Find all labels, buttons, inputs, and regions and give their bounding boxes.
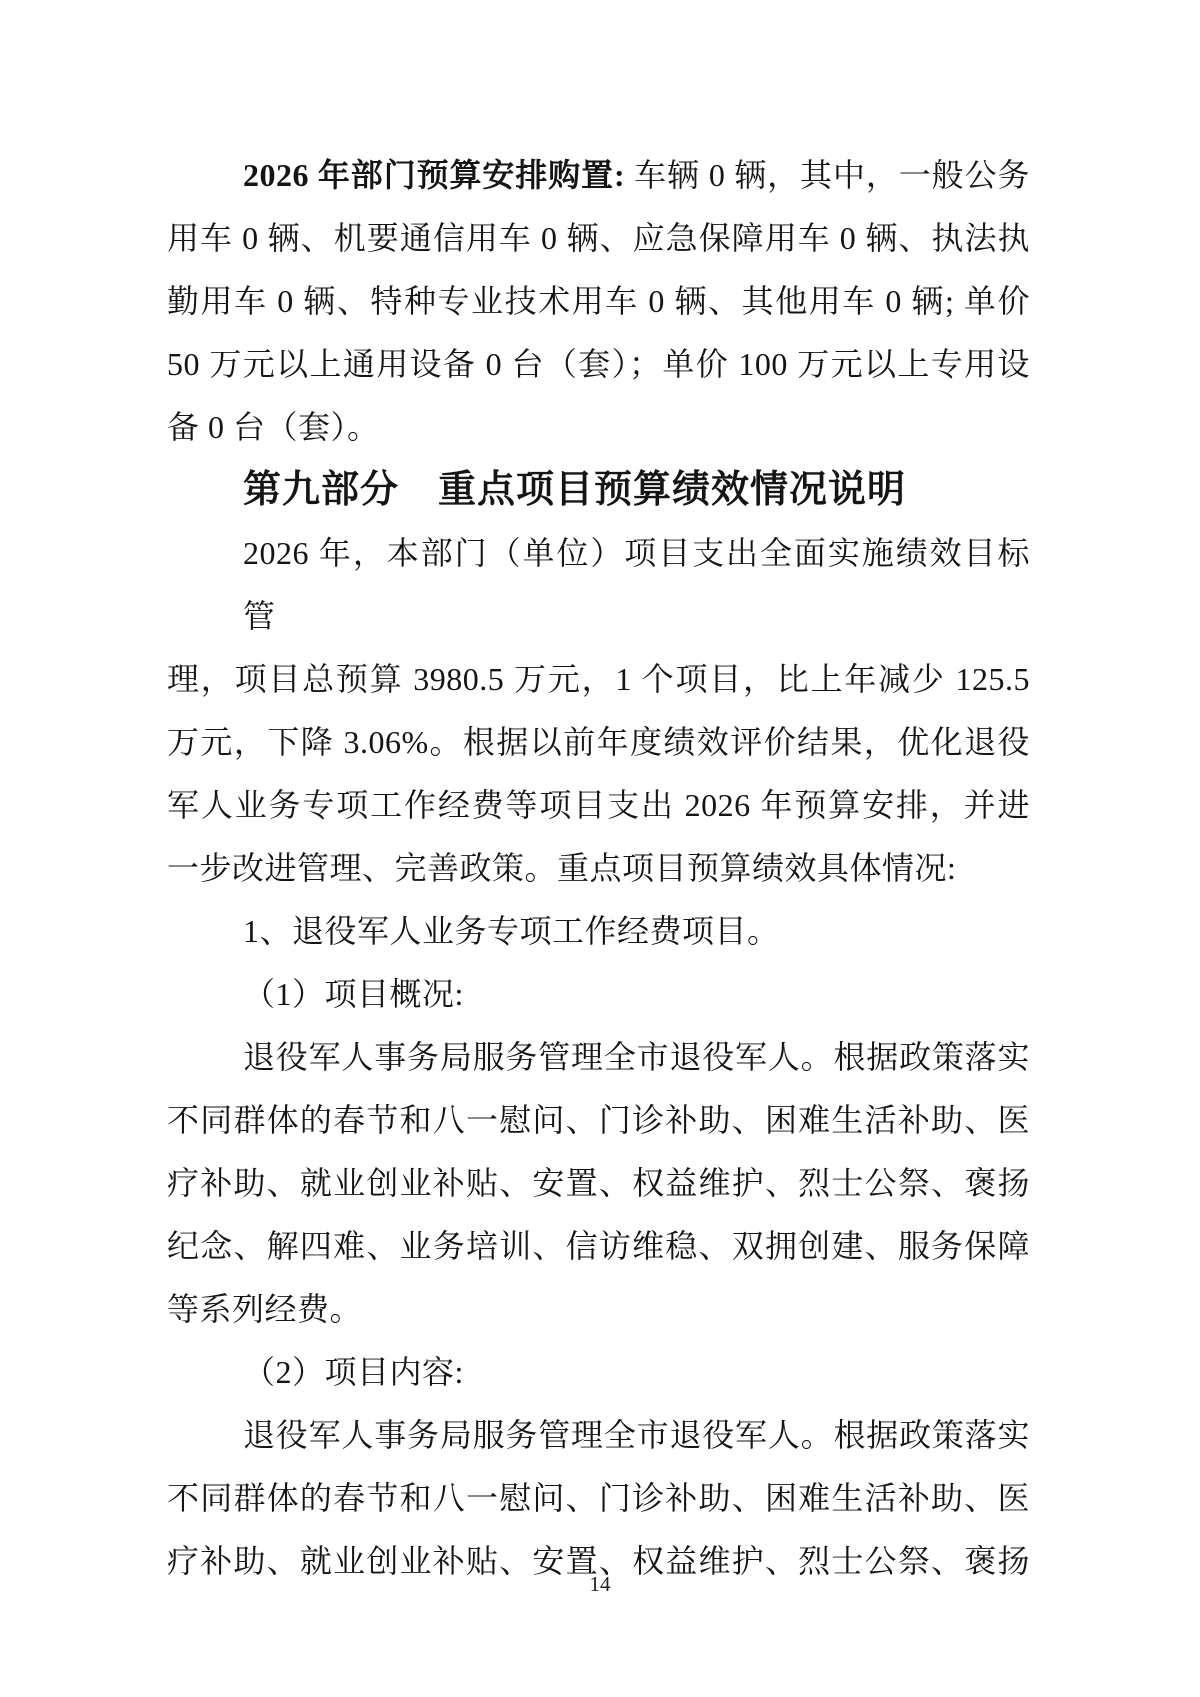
text-run: 退役军人事务局服务管理全市退役军人。根据政策落实 <box>243 1417 1030 1453</box>
text-line: 军人业务专项工作经费等项目支出 2026 年预算安排，并进 <box>167 774 1030 837</box>
text-line: 退役军人事务局服务管理全市退役军人。根据政策落实 <box>167 1026 1030 1089</box>
text-line: 等系列经费。 <box>167 1278 1030 1341</box>
text-run: （2）项目内容: <box>243 1354 464 1390</box>
text-line: 勤用车 0 辆、特种专业技术用车 0 辆、其他用车 0 辆; 单价 <box>167 270 1030 333</box>
text-run: 用车 0 辆、机要通信用车 0 辆、应急保障用车 0 辆、执法执 <box>167 220 1030 256</box>
text-line: 2026 年，本部门（单位）项目支出全面实施绩效目标管 <box>167 522 1030 648</box>
text-line: 不同群体的春节和八一慰问、门诊补助、困难生活补助、医 <box>167 1467 1030 1530</box>
page-number: 14 <box>0 1572 1200 1597</box>
paragraph: （2）项目内容: <box>167 1341 1030 1404</box>
text-run: 50 万元以上通用设备 0 台（套）；单价 100 万元以上专用设 <box>167 346 1030 382</box>
text-line: 50 万元以上通用设备 0 台（套）；单价 100 万元以上专用设 <box>167 333 1030 396</box>
paragraph: 2026 年，本部门（单位）项目支出全面实施绩效目标管理，项目总预算 3980.… <box>167 522 1030 900</box>
section-heading: 第九部分 重点项目预算绩效情况说明 <box>167 459 1030 522</box>
text-line: 用车 0 辆、机要通信用车 0 辆、应急保障用车 0 辆、执法执 <box>167 207 1030 270</box>
text-run: 车辆 0 辆，其中，一般公务 <box>625 157 1030 193</box>
text-run: 万元，下降 3.06%。根据以前年度绩效评价结果，优化退役 <box>167 724 1030 760</box>
text-run: 不同群体的春节和八一慰问、门诊补助、困难生活补助、医 <box>167 1102 1030 1138</box>
text-line: 不同群体的春节和八一慰问、门诊补助、困难生活补助、医 <box>167 1089 1030 1152</box>
text-line: 疗补助、就业创业补贴、安置、权益维护、烈士公祭、褒扬 <box>167 1152 1030 1215</box>
text-line: 纪念、解四难、业务培训、信访维稳、双拥创建、服务保障 <box>167 1215 1030 1278</box>
text-line: 退役军人事务局服务管理全市退役军人。根据政策落实 <box>167 1404 1030 1467</box>
text-run: 2026 年部门预算安排购置: <box>243 157 625 193</box>
text-run: 理，项目总预算 3980.5 万元，1 个项目，比上年减少 125.5 <box>167 661 1030 697</box>
text-run: 等系列经费。 <box>167 1291 362 1327</box>
text-line: （1）项目概况: <box>167 963 1030 1026</box>
document-body: 2026 年部门预算安排购置: 车辆 0 辆，其中，一般公务用车 0 辆、机要通… <box>167 144 1030 1593</box>
text-line: 1、退役军人业务专项工作经费项目。 <box>167 900 1030 963</box>
text-line: 第九部分 重点项目预算绩效情况说明 <box>167 459 1030 522</box>
text-run: 退役军人事务局服务管理全市退役军人。根据政策落实 <box>243 1039 1030 1075</box>
text-run: 备 0 台（套）。 <box>167 409 380 445</box>
paragraph: 退役军人事务局服务管理全市退役军人。根据政策落实不同群体的春节和八一慰问、门诊补… <box>167 1026 1030 1341</box>
text-line: 万元，下降 3.06%。根据以前年度绩效评价结果，优化退役 <box>167 711 1030 774</box>
text-run: 纪念、解四难、业务培训、信访维稳、双拥创建、服务保障 <box>167 1228 1030 1264</box>
document-page: 2026 年部门预算安排购置: 车辆 0 辆，其中，一般公务用车 0 辆、机要通… <box>0 0 1200 1697</box>
text-run: 一步改进管理、完善政策。重点项目预算绩效具体情况: <box>167 850 956 886</box>
text-line: 理，项目总预算 3980.5 万元，1 个项目，比上年减少 125.5 <box>167 648 1030 711</box>
text-run: 军人业务专项工作经费等项目支出 2026 年预算安排，并进 <box>167 787 1030 823</box>
text-run: 1、退役军人业务专项工作经费项目。 <box>243 913 780 949</box>
text-run: 不同群体的春节和八一慰问、门诊补助、困难生活补助、医 <box>167 1480 1030 1516</box>
text-run: （1）项目概况: <box>243 976 464 1012</box>
text-run: 勤用车 0 辆、特种专业技术用车 0 辆、其他用车 0 辆; 单价 <box>167 283 1030 319</box>
text-line: 一步改进管理、完善政策。重点项目预算绩效具体情况: <box>167 837 1030 900</box>
text-run: 疗补助、就业创业补贴、安置、权益维护、烈士公祭、褒扬 <box>167 1165 1030 1201</box>
paragraph: （1）项目概况: <box>167 963 1030 1026</box>
text-line: 2026 年部门预算安排购置: 车辆 0 辆，其中，一般公务 <box>167 144 1030 207</box>
paragraph: 1、退役军人业务专项工作经费项目。 <box>167 900 1030 963</box>
paragraph: 退役军人事务局服务管理全市退役军人。根据政策落实不同群体的春节和八一慰问、门诊补… <box>167 1404 1030 1593</box>
text-line: （2）项目内容: <box>167 1341 1030 1404</box>
text-run: 第九部分 重点项目预算绩效情况说明 <box>243 469 906 511</box>
text-run: 2026 年，本部门（单位）项目支出全面实施绩效目标管 <box>243 535 1030 634</box>
paragraph: 2026 年部门预算安排购置: 车辆 0 辆，其中，一般公务用车 0 辆、机要通… <box>167 144 1030 459</box>
text-line: 备 0 台（套）。 <box>167 396 1030 459</box>
